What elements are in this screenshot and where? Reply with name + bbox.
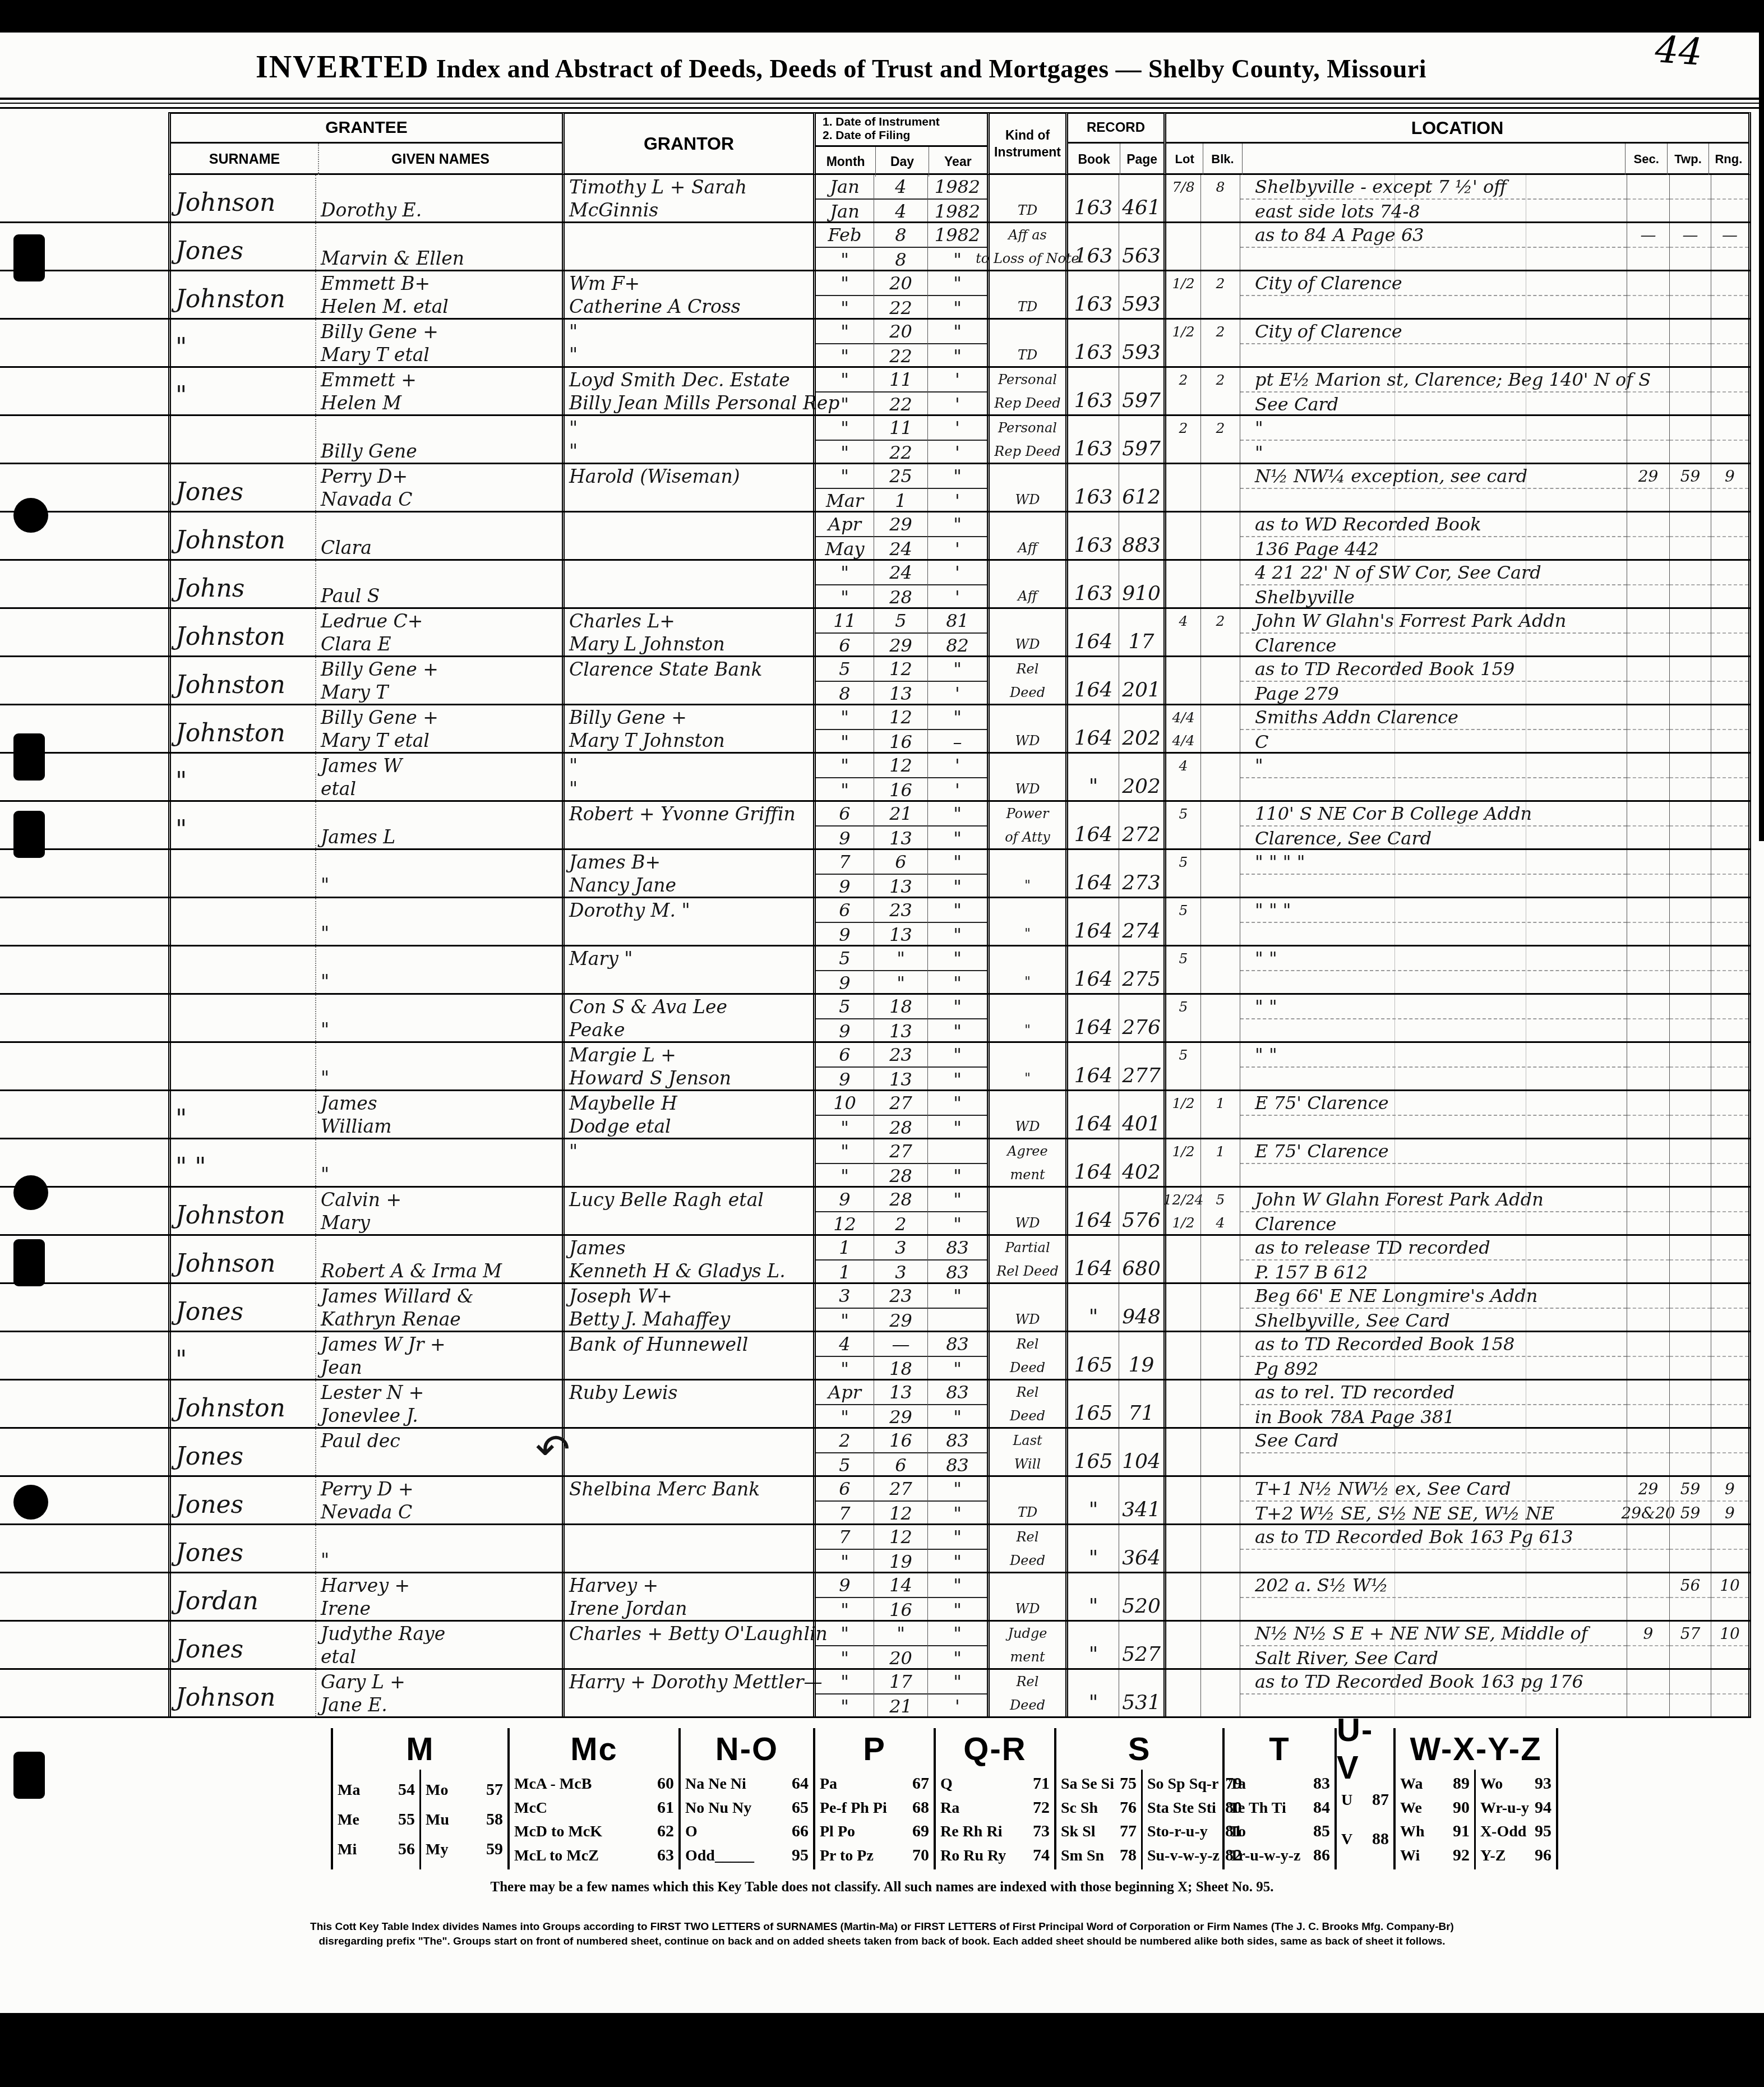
cell-twp: 59 59 bbox=[1669, 1477, 1711, 1523]
cell-day: 3 3 bbox=[874, 1236, 927, 1282]
cell-year: " " bbox=[927, 1525, 987, 1572]
cell-day: 21 13 bbox=[874, 802, 927, 848]
cell-sec bbox=[1627, 416, 1669, 463]
cell-rng bbox=[1711, 1139, 1751, 1186]
cell-location: " " " " bbox=[1240, 850, 1627, 897]
cell-lot: 4 bbox=[1163, 754, 1200, 800]
cell-surname bbox=[168, 995, 315, 1041]
cell-twp bbox=[1669, 995, 1711, 1041]
cell-record-page: 19 bbox=[1119, 1332, 1163, 1379]
key-entry: No Nu Ny65 bbox=[685, 1798, 809, 1817]
key-group: U-VU87V88 bbox=[1334, 1728, 1393, 1869]
cell-month: 1 1 bbox=[813, 1236, 874, 1282]
cell-lot bbox=[1163, 512, 1200, 559]
key-group-label: Q-R bbox=[936, 1728, 1054, 1770]
cell-lot bbox=[1163, 1622, 1200, 1668]
cell-day: 12 13 bbox=[874, 657, 927, 704]
cell-kind-of-instrument: " bbox=[987, 898, 1065, 945]
cell-day: 11 22 bbox=[874, 416, 927, 463]
cell-grantor bbox=[562, 223, 813, 270]
cell-given-names: Dorothy E. bbox=[315, 175, 562, 221]
cell-day: 6 13 bbox=[874, 850, 927, 897]
header-page-label: Page bbox=[1120, 144, 1163, 175]
cell-lot bbox=[1163, 223, 1200, 270]
cell-record-page: 910 bbox=[1119, 561, 1163, 607]
cell-twp bbox=[1669, 1139, 1711, 1186]
cell-location: " " bbox=[1240, 416, 1627, 463]
cell-sec bbox=[1627, 1380, 1669, 1427]
cell-record-page: 276 bbox=[1119, 995, 1163, 1041]
cell-record-book: 164 bbox=[1065, 609, 1119, 655]
cell-kind-of-instrument: Aff as to Loss of Note bbox=[987, 223, 1065, 270]
cell-given-names: " bbox=[315, 1525, 562, 1572]
cell-record-book: 163 bbox=[1065, 512, 1119, 559]
cell-twp: 56 bbox=[1669, 1573, 1711, 1620]
cell-grantor: Timothy L + Sarah McGinnis bbox=[562, 175, 813, 221]
cell-lot: 1/2 bbox=[1163, 320, 1200, 366]
key-entry: Odd_____95 bbox=[685, 1846, 809, 1865]
key-group: TTa83Te Th Ti84To85Tr-u-w-y-z86 bbox=[1222, 1728, 1334, 1869]
cell-record-page: 364 bbox=[1119, 1525, 1163, 1572]
cell-grantor: " " bbox=[562, 320, 813, 366]
header-month-label: Month bbox=[816, 147, 875, 177]
cell-location: " " bbox=[1240, 946, 1627, 993]
cell-given-names: Lester N + Jonevlee J. bbox=[315, 1380, 562, 1427]
table-row: " Margie L + Howard S Jenson 6 9 23 13 "… bbox=[0, 1043, 1751, 1091]
cell-year: 1982 1982 bbox=[927, 175, 987, 221]
cell-grantor: Bank of Hunnewell bbox=[562, 1332, 813, 1379]
cell-sec bbox=[1627, 1139, 1669, 1186]
cell-sec bbox=[1627, 271, 1669, 318]
cell-location: City of Clarence bbox=[1240, 320, 1627, 366]
cell-sec: 9 bbox=[1627, 1622, 1669, 1668]
cell-record-page: 593 bbox=[1119, 320, 1163, 366]
title-emphasis: INVERTED bbox=[256, 50, 430, 85]
cell-month: " " bbox=[813, 1670, 874, 1716]
cell-surname bbox=[168, 1043, 315, 1089]
cell-lot bbox=[1163, 1477, 1200, 1523]
table-row: Johnson Robert A & Irma M James Kenneth … bbox=[0, 1236, 1751, 1284]
cell-day: 24 28 bbox=[874, 561, 927, 607]
table-row: " " " " " " 27 28 " Agree ment 164 402 bbox=[0, 1139, 1751, 1188]
cell-surname: " bbox=[168, 754, 315, 800]
cell-location: John W Glahn's Forrest Park Addn Clarenc… bbox=[1240, 609, 1627, 655]
header-grantee-label: GRANTEE bbox=[171, 114, 562, 144]
cell-blk bbox=[1200, 464, 1240, 511]
cell-month: 11 6 bbox=[813, 609, 874, 655]
cell-year: " " bbox=[927, 898, 987, 945]
cell-record-page: 17 bbox=[1119, 609, 1163, 655]
cell-month: " " bbox=[813, 271, 874, 318]
footer-line-1: This Cott Key Table Index divides Names … bbox=[88, 1920, 1675, 1934]
cell-rng bbox=[1711, 271, 1751, 318]
scan-edge-bottom bbox=[0, 2013, 1764, 2087]
key-entry: Ma54 bbox=[338, 1780, 415, 1799]
cell-location: as to WD Recorded Book 136 Page 442 bbox=[1240, 512, 1627, 559]
header-rng-label: Rng. bbox=[1708, 144, 1748, 175]
cell-year: 83 " bbox=[927, 1380, 987, 1427]
scan-edge-right bbox=[1759, 0, 1764, 841]
cell-given-names: Billy Gene + Mary T etal bbox=[315, 320, 562, 366]
cell-year: " ' bbox=[927, 657, 987, 704]
key-group: PPa67Pe-f Ph Pi68Pl Po69Pr to Pz70 bbox=[813, 1728, 934, 1869]
key-group-label: T bbox=[1225, 1728, 1334, 1770]
cell-month: 5 8 bbox=[813, 657, 874, 704]
cell-month: " " bbox=[813, 705, 874, 752]
cell-given-names: " bbox=[315, 946, 562, 993]
cell-blk bbox=[1200, 1573, 1240, 1620]
cell-surname: Johnston bbox=[168, 609, 315, 655]
key-entry: Wr-u-y94 bbox=[1480, 1798, 1551, 1817]
cell-record-book: 163 bbox=[1065, 175, 1119, 221]
cell-kind-of-instrument: WD bbox=[987, 1284, 1065, 1331]
table-row: " James W etal " " " " 12 16 ' ' WD " 20… bbox=[0, 754, 1751, 802]
cell-gutter bbox=[0, 416, 168, 463]
cell-location: City of Clarence bbox=[1240, 271, 1627, 318]
cell-month: " " bbox=[813, 1622, 874, 1668]
cell-gutter bbox=[0, 1284, 168, 1331]
cell-rng bbox=[1711, 368, 1751, 414]
cell-rng bbox=[1711, 1670, 1751, 1716]
cell-month: 3 " bbox=[813, 1284, 874, 1331]
cell-record-book: 164 bbox=[1065, 946, 1119, 993]
cell-month: Feb " bbox=[813, 223, 874, 270]
key-entry: My59 bbox=[426, 1840, 503, 1859]
cell-gutter bbox=[0, 1670, 168, 1716]
key-column: Ma54Me55Mi56 bbox=[333, 1770, 419, 1869]
cell-location: 4 21 22' N of SW Cor, See Card Shelbyvil… bbox=[1240, 561, 1627, 607]
cell-given-names: Ledrue C+ Clara E bbox=[315, 609, 562, 655]
cell-kind-of-instrument: WD bbox=[987, 1573, 1065, 1620]
cell-month: 7 9 bbox=[813, 850, 874, 897]
cell-given-names: Perry D + Nevada C bbox=[315, 1477, 562, 1523]
cell-surname: Johnston bbox=[168, 657, 315, 704]
table-row: " Billy Gene + Mary T etal " " " " 20 22… bbox=[0, 320, 1751, 368]
cell-rng bbox=[1711, 946, 1751, 993]
table-row: Johnston Billy Gene + Mary T etal Billy … bbox=[0, 705, 1751, 754]
cell-record-book: " bbox=[1065, 1525, 1119, 1572]
cell-kind-of-instrument: Agree ment bbox=[987, 1139, 1065, 1186]
cell-kind-of-instrument: " bbox=[987, 995, 1065, 1041]
cell-kind-of-instrument: Personal Rep Deed bbox=[987, 416, 1065, 463]
cell-twp bbox=[1669, 802, 1711, 848]
cell-sec bbox=[1627, 609, 1669, 655]
hole-punch bbox=[13, 1485, 48, 1520]
cell-rng bbox=[1711, 561, 1751, 607]
cell-blk bbox=[1200, 802, 1240, 848]
cell-given-names: James W Jr + Jean bbox=[315, 1332, 562, 1379]
page-footer: This Cott Key Table Index divides Names … bbox=[88, 1920, 1675, 1949]
cell-given-names: Robert A & Irma M bbox=[315, 1236, 562, 1282]
hole-punch bbox=[13, 498, 48, 533]
key-entry: Te Th Ti84 bbox=[1229, 1798, 1330, 1817]
cell-lot bbox=[1163, 1380, 1200, 1427]
cell-year: " – bbox=[927, 705, 987, 752]
cell-given-names: Perry D+ Navada C bbox=[315, 464, 562, 511]
cell-rng bbox=[1711, 609, 1751, 655]
cell-grantor: ↶ bbox=[562, 1429, 813, 1475]
key-entry: Sk Sl77 bbox=[1061, 1822, 1137, 1841]
cell-kind-of-instrument: Aff bbox=[987, 512, 1065, 559]
cell-blk bbox=[1200, 946, 1240, 993]
cell-twp bbox=[1669, 946, 1711, 993]
cell-twp bbox=[1669, 1188, 1711, 1234]
cell-rng bbox=[1711, 1043, 1751, 1089]
cell-month: " " bbox=[813, 320, 874, 366]
key-entry: Pr to Pz70 bbox=[820, 1846, 929, 1865]
cell-surname: Johnston bbox=[168, 1380, 315, 1427]
cell-year: 83 " bbox=[927, 1332, 987, 1379]
cell-blk: 5 4 bbox=[1200, 1188, 1240, 1234]
cell-gutter bbox=[0, 657, 168, 704]
cell-given-names: Calvin + Mary bbox=[315, 1188, 562, 1234]
cell-rng bbox=[1711, 512, 1751, 559]
cell-lot: 7/8 bbox=[1163, 175, 1200, 221]
page-number: 44 bbox=[1654, 27, 1703, 74]
cell-surname: Jones bbox=[168, 1477, 315, 1523]
key-entry: McA - McB60 bbox=[514, 1774, 674, 1793]
cell-record-book: " bbox=[1065, 1670, 1119, 1716]
cell-gutter bbox=[0, 1043, 168, 1089]
key-entry: Wa89 bbox=[1400, 1774, 1470, 1793]
key-entry: McD to McK62 bbox=[514, 1822, 674, 1841]
header-given-names-label: GIVEN NAMES bbox=[318, 144, 562, 175]
key-group: N-ONa Ne Ni64No Nu Ny65O66Odd_____95 bbox=[678, 1728, 813, 1869]
cell-day: 4 4 bbox=[874, 175, 927, 221]
header-location-label: LOCATION bbox=[1166, 114, 1748, 144]
cell-blk: 2 bbox=[1200, 271, 1240, 318]
cell-twp bbox=[1669, 1429, 1711, 1475]
cell-record-book: " bbox=[1065, 1477, 1119, 1523]
cell-rng: 9 bbox=[1711, 464, 1751, 511]
cell-lot: 2 bbox=[1163, 416, 1200, 463]
cell-twp bbox=[1669, 320, 1711, 366]
cell-blk bbox=[1200, 657, 1240, 704]
cell-record-book: 163 bbox=[1065, 223, 1119, 270]
arrow-annotation: ↶ bbox=[535, 1425, 570, 1474]
cell-rng bbox=[1711, 1236, 1751, 1282]
cell-sec bbox=[1627, 1525, 1669, 1572]
cell-day: 16 6 bbox=[874, 1429, 927, 1475]
cell-surname bbox=[168, 898, 315, 945]
cell-location: Smiths Addn Clarence C bbox=[1240, 705, 1627, 752]
divider bbox=[0, 98, 1764, 100]
cell-grantor: Shelbina Merc Bank bbox=[562, 1477, 813, 1523]
cell-record-book: 163 bbox=[1065, 368, 1119, 414]
cell-record-book: 163 bbox=[1065, 271, 1119, 318]
cell-record-page: 612 bbox=[1119, 464, 1163, 511]
cell-twp bbox=[1669, 416, 1711, 463]
key-entry: Wi92 bbox=[1400, 1846, 1470, 1865]
key-entry: Wh91 bbox=[1400, 1822, 1470, 1841]
cell-surname: Jones bbox=[168, 1525, 315, 1572]
cell-twp bbox=[1669, 175, 1711, 221]
cell-record-page: 275 bbox=[1119, 946, 1163, 993]
cell-day: 17 21 bbox=[874, 1670, 927, 1716]
cell-rng bbox=[1711, 1332, 1751, 1379]
cell-twp bbox=[1669, 561, 1711, 607]
cell-year: ' ' bbox=[927, 561, 987, 607]
cell-record-book: 165 bbox=[1065, 1429, 1119, 1475]
cell-surname: Johnston bbox=[168, 1188, 315, 1234]
cell-month: 7 " bbox=[813, 1525, 874, 1572]
cell-grantor: Margie L + Howard S Jenson bbox=[562, 1043, 813, 1089]
cell-blk: 2 bbox=[1200, 609, 1240, 655]
cell-gutter bbox=[0, 1573, 168, 1620]
cell-rng bbox=[1711, 898, 1751, 945]
cell-grantor: Con S & Ava Lee Peake bbox=[562, 995, 813, 1041]
cell-grantor: Charles + Betty O'Laughlin bbox=[562, 1622, 813, 1668]
cell-lot bbox=[1163, 561, 1200, 607]
cell-day: 25 1 bbox=[874, 464, 927, 511]
key-group-label: U-V bbox=[1337, 1728, 1393, 1770]
cell-twp bbox=[1669, 512, 1711, 559]
cell-given-names: James William bbox=[315, 1091, 562, 1138]
cell-sec bbox=[1627, 802, 1669, 848]
cell-day: 18 13 bbox=[874, 995, 927, 1041]
cell-lot: 5 bbox=[1163, 850, 1200, 897]
cell-year: " " bbox=[927, 802, 987, 848]
divider bbox=[0, 103, 1764, 104]
cell-year: " bbox=[927, 1284, 987, 1331]
cell-rng bbox=[1711, 802, 1751, 848]
cell-record-book: " bbox=[1065, 1622, 1119, 1668]
cell-day: 11 22 bbox=[874, 368, 927, 414]
cell-record-book: " bbox=[1065, 1284, 1119, 1331]
cell-location: See Card bbox=[1240, 1429, 1627, 1475]
cell-record-page: 527 bbox=[1119, 1622, 1163, 1668]
cell-rng bbox=[1711, 1284, 1751, 1331]
cell-day: 27 12 bbox=[874, 1477, 927, 1523]
cell-kind-of-instrument: TD bbox=[987, 320, 1065, 366]
cell-surname: Johnston bbox=[168, 271, 315, 318]
cell-given-names: Judythe Raye etal bbox=[315, 1622, 562, 1668]
cell-gutter bbox=[0, 320, 168, 366]
cell-sec: 29 29&20 bbox=[1627, 1477, 1669, 1523]
cell-blk: 2 bbox=[1200, 320, 1240, 366]
cell-month: " " bbox=[813, 1139, 874, 1186]
key-entry: Pl Po69 bbox=[820, 1822, 929, 1841]
hole-punch bbox=[13, 1175, 48, 1210]
hole-punch bbox=[13, 1239, 45, 1286]
cell-grantor: Charles L+ Mary L Johnston bbox=[562, 609, 813, 655]
cell-location: N½ N½ S E + NE NW SE, Middle of Salt Riv… bbox=[1240, 1622, 1627, 1668]
cell-lot: 1/2 bbox=[1163, 1139, 1200, 1186]
table-row: " James William Maybelle H Dodge etal 10… bbox=[0, 1091, 1751, 1139]
cell-month: " " bbox=[813, 561, 874, 607]
cell-lot: 1/2 bbox=[1163, 271, 1200, 318]
cell-kind-of-instrument: " bbox=[987, 1043, 1065, 1089]
cell-day: 8 8 bbox=[874, 223, 927, 270]
table-row: Johnston Lester N + Jonevlee J. Ruby Lew… bbox=[0, 1380, 1751, 1429]
cell-month: 6 9 bbox=[813, 1043, 874, 1089]
cell-surname: Johnson bbox=[168, 1670, 315, 1716]
table-row: Johnston Calvin + Mary Lucy Belle Ragh e… bbox=[0, 1188, 1751, 1236]
cell-location: " " bbox=[1240, 1043, 1627, 1089]
header-record-label: RECORD bbox=[1068, 114, 1163, 144]
cell-grantor: Maybelle H Dodge etal bbox=[562, 1091, 813, 1138]
cell-sec bbox=[1627, 320, 1669, 366]
cell-record-page: 520 bbox=[1119, 1573, 1163, 1620]
cell-surname: " bbox=[168, 1332, 315, 1379]
table-row: " Emmett + Helen M Loyd Smith Dec. Estat… bbox=[0, 368, 1751, 416]
cell-given-names: " bbox=[315, 850, 562, 897]
page-title: INVERTED Index and Abstract of Deeds, De… bbox=[0, 49, 1682, 85]
cell-location: T+1 N½ NW½ ex, See Card T+2 W½ SE, S½ NE… bbox=[1240, 1477, 1627, 1523]
key-entry: Tr-u-w-y-z86 bbox=[1229, 1846, 1330, 1865]
cell-lot bbox=[1163, 1525, 1200, 1572]
cell-sec bbox=[1627, 368, 1669, 414]
cell-sec bbox=[1627, 898, 1669, 945]
table-row: Johnson Dorothy E. Timothy L + Sarah McG… bbox=[0, 175, 1751, 223]
cell-record-book: 163 bbox=[1065, 320, 1119, 366]
cell-year: " " bbox=[927, 850, 987, 897]
cell-kind-of-instrument: " bbox=[987, 850, 1065, 897]
key-entry: Q71 bbox=[940, 1774, 1050, 1793]
header-sec-label: Sec. bbox=[1625, 144, 1667, 175]
cell-record-page: 401 bbox=[1119, 1091, 1163, 1138]
cell-blk bbox=[1200, 1525, 1240, 1572]
cell-grantor: Robert + Yvonne Griffin bbox=[562, 802, 813, 848]
cell-surname: " bbox=[168, 802, 315, 848]
hole-punch bbox=[13, 733, 45, 781]
cell-grantor bbox=[562, 561, 813, 607]
cell-record-page: 341 bbox=[1119, 1477, 1163, 1523]
cell-sec bbox=[1627, 946, 1669, 993]
cell-grantor bbox=[562, 512, 813, 559]
cell-twp: 59 bbox=[1669, 464, 1711, 511]
divider bbox=[0, 107, 1764, 109]
key-entry: Sm Sn78 bbox=[1061, 1846, 1137, 1865]
cell-rng: 10 bbox=[1711, 1573, 1751, 1620]
key-entry: O66 bbox=[685, 1822, 809, 1841]
cell-given-names: Billy Gene + Mary T bbox=[315, 657, 562, 704]
cell-month: 6 9 bbox=[813, 898, 874, 945]
cell-gutter bbox=[0, 609, 168, 655]
cell-blk bbox=[1200, 1043, 1240, 1089]
cell-month: 5 9 bbox=[813, 995, 874, 1041]
cell-grantor: Harry + Dorothy Mettler— bbox=[562, 1670, 813, 1716]
cell-kind-of-instrument: Rel Deed bbox=[987, 1380, 1065, 1427]
header-kind-label-2: Instrument bbox=[994, 144, 1061, 160]
key-column: Pa67Pe-f Ph Pi68Pl Po69Pr to Pz70 bbox=[815, 1770, 934, 1869]
cell-blk bbox=[1200, 754, 1240, 800]
cell-record-book: 164 bbox=[1065, 995, 1119, 1041]
cell-day: 27 28 bbox=[874, 1139, 927, 1186]
ledger-body: Johnson Dorothy E. Timothy L + Sarah McG… bbox=[0, 175, 1751, 1718]
cell-surname: Jones bbox=[168, 464, 315, 511]
cell-grantor: Billy Gene + Mary T Johnston bbox=[562, 705, 813, 752]
cell-day: 14 16 bbox=[874, 1573, 927, 1620]
cell-given-names: " bbox=[315, 898, 562, 945]
footer-line-2: disregarding prefix "The". Groups start … bbox=[88, 1934, 1675, 1949]
cell-given-names: " bbox=[315, 1043, 562, 1089]
cell-rng: 9 9 bbox=[1711, 1477, 1751, 1523]
cell-sec bbox=[1627, 1429, 1669, 1475]
cell-kind-of-instrument: WD bbox=[987, 1188, 1065, 1234]
cell-twp bbox=[1669, 609, 1711, 655]
table-row: Johnston Billy Gene + Mary T Clarence St… bbox=[0, 657, 1751, 705]
key-column: Sa Se Si75Sc Sh76Sk Sl77Sm Sn78 bbox=[1056, 1770, 1141, 1869]
cell-lot: 5 bbox=[1163, 946, 1200, 993]
cell-given-names: James W etal bbox=[315, 754, 562, 800]
scanned-ledger-page: INVERTED Index and Abstract of Deeds, De… bbox=[0, 0, 1764, 2087]
cell-lot: 5 bbox=[1163, 995, 1200, 1041]
cell-grantor: Lucy Belle Ragh etal bbox=[562, 1188, 813, 1234]
cell-location: 110' S NE Cor B College Addn Clarence, S… bbox=[1240, 802, 1627, 848]
cell-sec bbox=[1627, 754, 1669, 800]
cell-record-page: 531 bbox=[1119, 1670, 1163, 1716]
